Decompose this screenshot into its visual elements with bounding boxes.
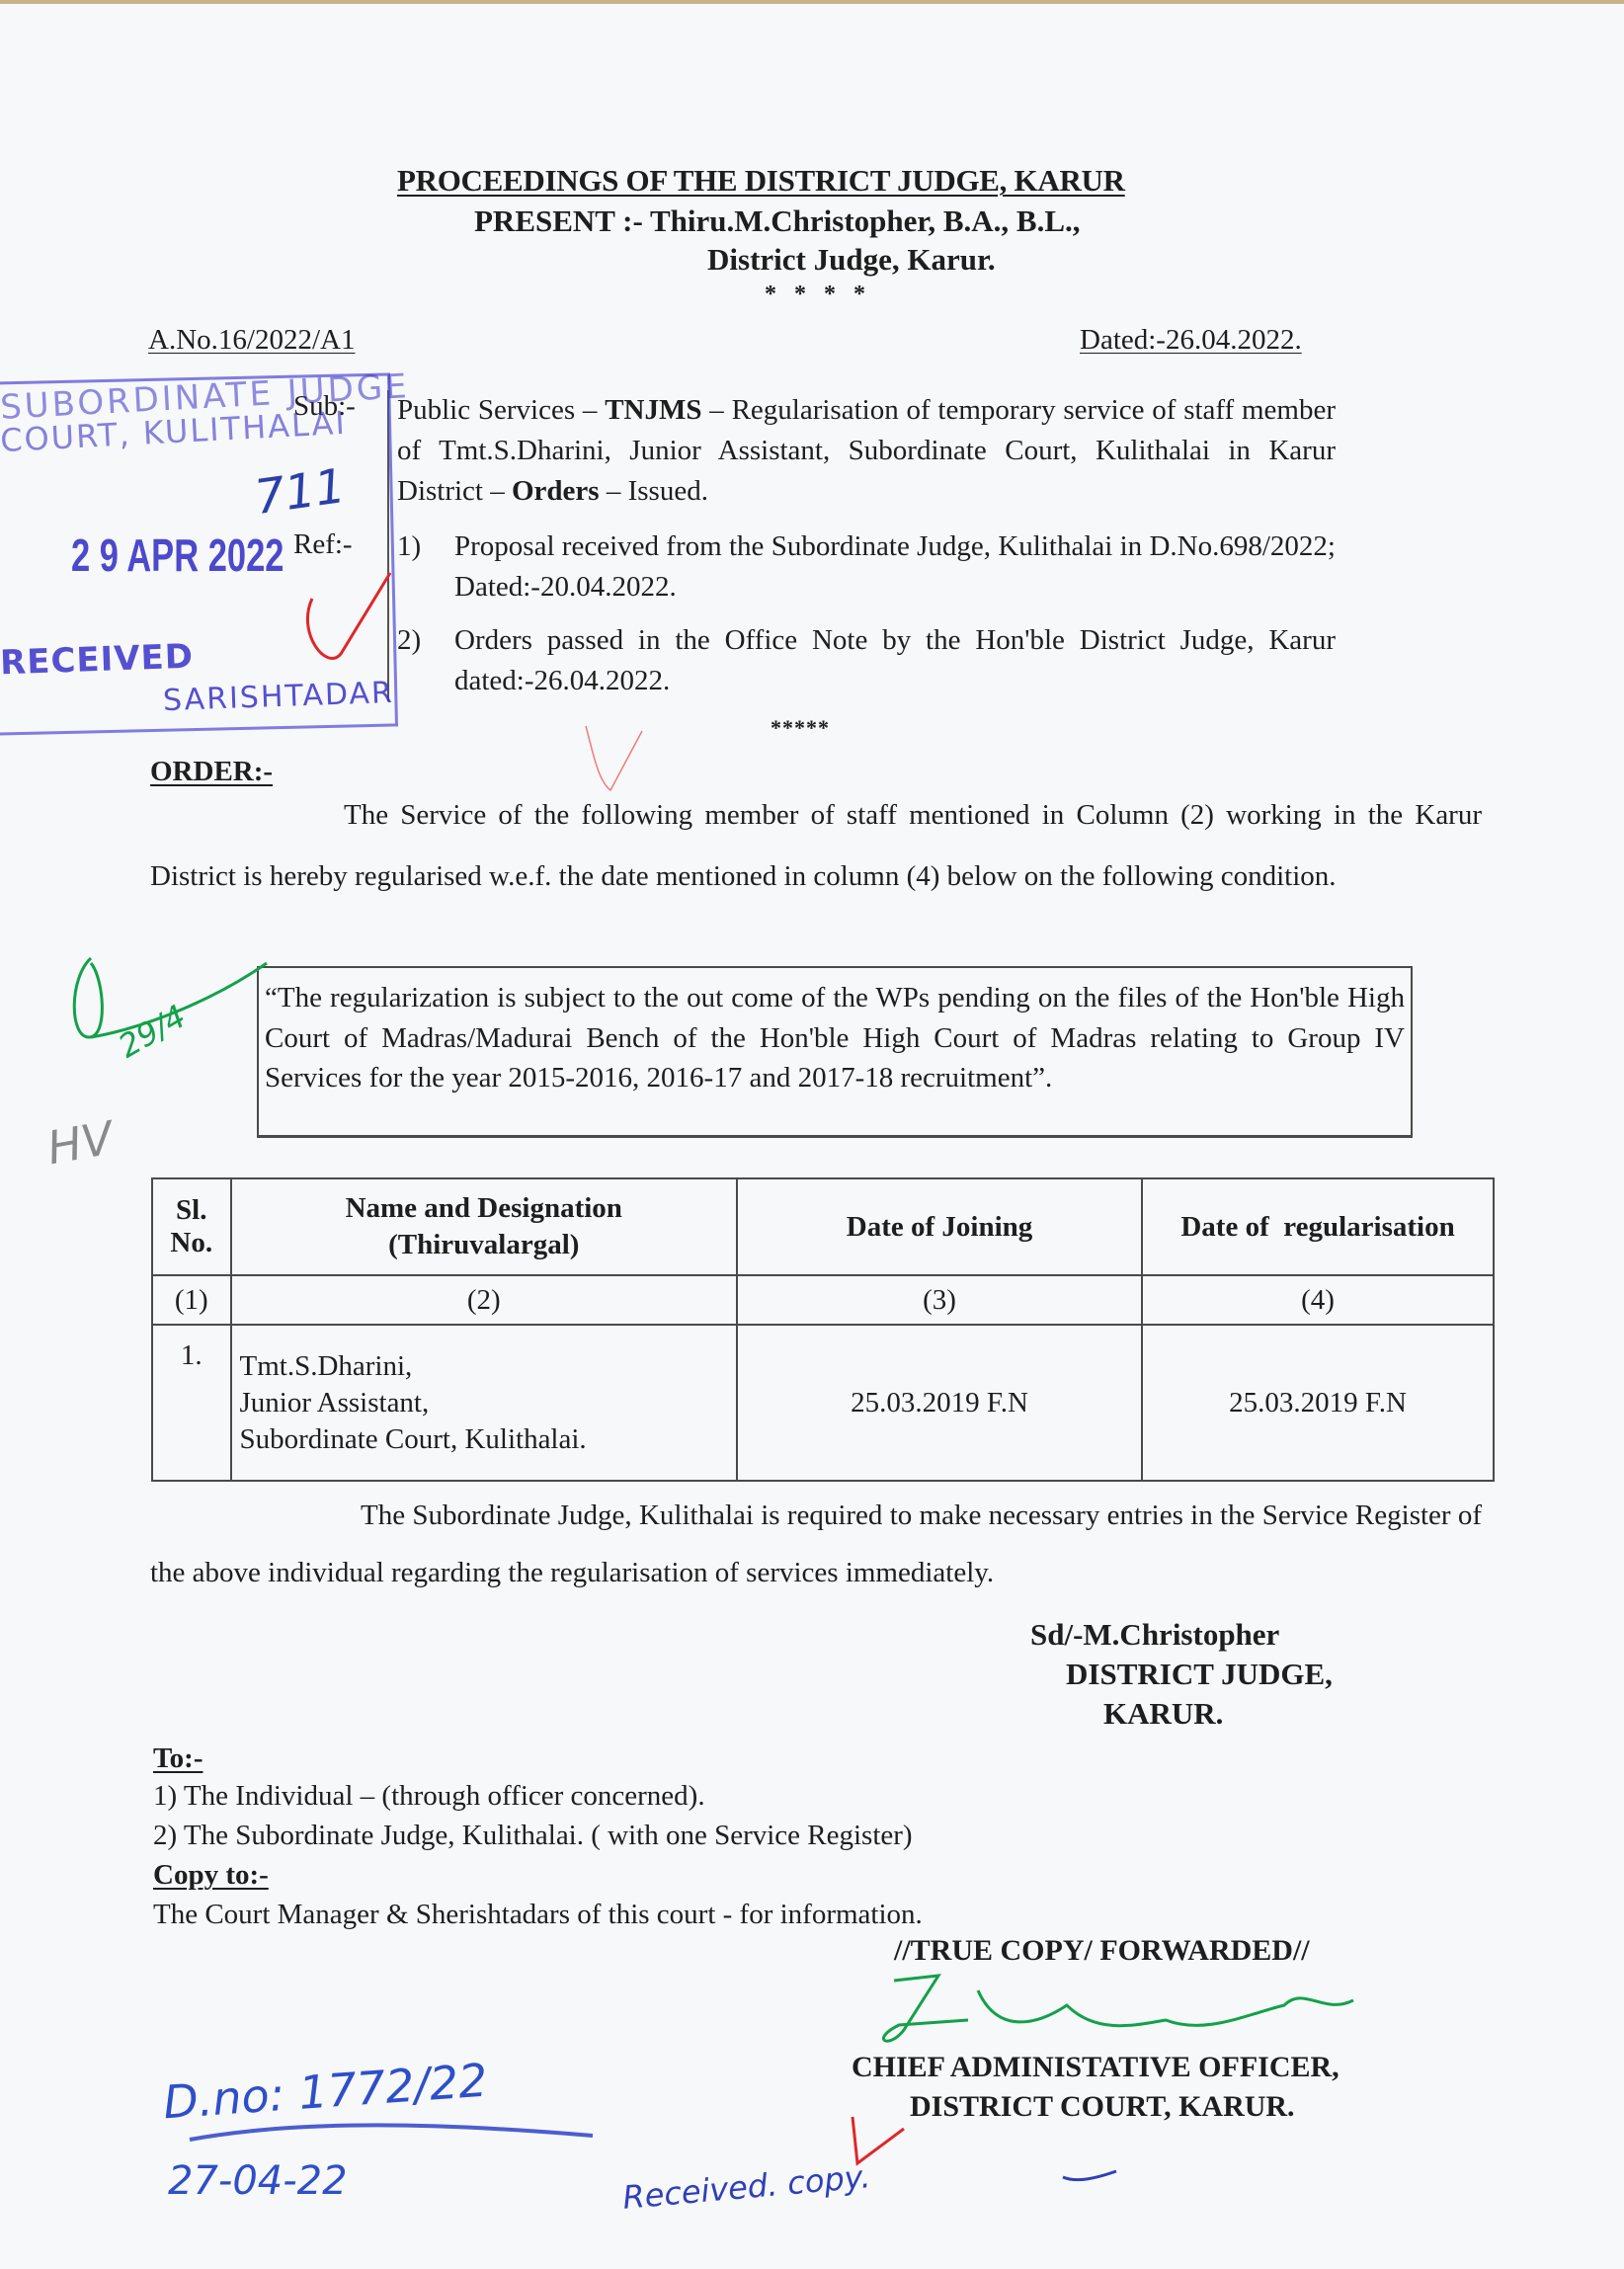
order-date: Dated:-26.04.2022. — [1080, 324, 1302, 357]
col-header-name: Name and Designation(Thiruvalargal) — [231, 1178, 738, 1275]
condition-box: “The regularization is subject to the ou… — [257, 966, 1413, 1138]
presiding-designation: District Judge, Karur. — [707, 242, 996, 278]
forwarding-office: DISTRICT COURT, KARUR. — [910, 2090, 1295, 2124]
serial-number: 1. — [152, 1325, 231, 1481]
red-check-icon — [586, 726, 642, 790]
separator-stars: * * * * — [765, 282, 871, 308]
column-number: (4) — [1142, 1275, 1494, 1325]
column-number: (1) — [152, 1275, 231, 1325]
blue-underline-icon — [190, 2125, 593, 2140]
handwritten-dispatch-number: D.no: 1772/22 — [162, 2054, 490, 2130]
forwarding-officer-title: CHIEF ADMINISTATIVE OFFICER, — [852, 2051, 1340, 2084]
column-number: (3) — [737, 1275, 1142, 1325]
copy-to-text: The Court Manager & Sherishtadars of thi… — [153, 1899, 923, 1931]
signatory-place: KARUR. — [1103, 1696, 1223, 1732]
regularisation-table: Sl.No. Name and Designation(Thiruvalarga… — [151, 1177, 1495, 1482]
recipient-item: 1) The Individual – (through officer con… — [153, 1780, 705, 1813]
date-of-joining: 25.03.2019 F.N — [737, 1325, 1142, 1481]
reference-item: 1)Proposal received from the Subordinate… — [397, 527, 1336, 608]
col-header-sl: Sl.No. — [152, 1178, 231, 1275]
order-paragraph: The Service of the following member of s… — [150, 784, 1482, 907]
closing-paragraph: The Subordinate Judge, Kulithalai is req… — [150, 1487, 1482, 1601]
column-number: (2) — [231, 1275, 738, 1325]
handwritten-initials-date: 29/4 — [112, 998, 192, 1066]
handwritten-dispatch-date: 27-04-22 — [168, 2158, 348, 2204]
blue-tick-icon — [1063, 2171, 1116, 2180]
copy-to-label: Copy to:- — [153, 1859, 269, 1892]
separator-stars: ***** — [771, 715, 830, 741]
staff-name-designation: Tmt.S.Dharini, Junior Assistant, Subordi… — [231, 1325, 738, 1481]
subject-block: Public Services – TNJMS – Regularisation… — [387, 390, 1345, 701]
red-check-icon — [853, 2117, 904, 2163]
green-signature-icon — [883, 1976, 1353, 2041]
col-header-regularisation: Date of regularisation — [1142, 1178, 1494, 1275]
document-title: PROCEEDINGS OF THE DISTRICT JUDGE, KARUR — [397, 163, 1125, 199]
table-header-row: Sl.No. Name and Designation(Thiruvalarga… — [152, 1178, 1494, 1275]
date-of-regularisation: 25.03.2019 F.N — [1142, 1325, 1494, 1481]
handwritten-margin-mark: HV — [43, 1111, 117, 1175]
col-header-joining: Date of Joining — [737, 1178, 1142, 1275]
to-label: To:- — [153, 1742, 203, 1775]
reference-number: A.No.16/2022/A1 — [148, 324, 355, 357]
recipient-item: 2) The Subordinate Judge, Kulithalai. ( … — [153, 1820, 913, 1852]
subject-text: Public Services – TNJMS – Regularisation… — [397, 390, 1336, 512]
stamp-date: 2 9 APR 2022 — [71, 528, 284, 582]
presiding-officer: PRESENT :- Thiru.M.Christopher, B.A., B.… — [474, 203, 1081, 239]
reference-item: 2)Orders passed in the Office Note by th… — [397, 620, 1336, 701]
signed-by: Sd/-M.Christopher — [1030, 1617, 1279, 1653]
signatory-title: DISTRICT JUDGE, — [1066, 1657, 1333, 1692]
column-number-row: (1) (2) (3) (4) — [152, 1275, 1494, 1325]
page-edge — [0, 0, 1624, 4]
stamp-received: RECEIVED — [0, 637, 195, 684]
table-row: 1. Tmt.S.Dharini, Junior Assistant, Subo… — [152, 1325, 1494, 1481]
handwritten-received-note: Received. copy. — [621, 2157, 872, 2217]
condition-text: “The regularization is subject to the ou… — [265, 978, 1405, 1098]
true-copy-forwarded: //TRUE COPY/ FORWARDED// — [894, 1934, 1310, 1968]
